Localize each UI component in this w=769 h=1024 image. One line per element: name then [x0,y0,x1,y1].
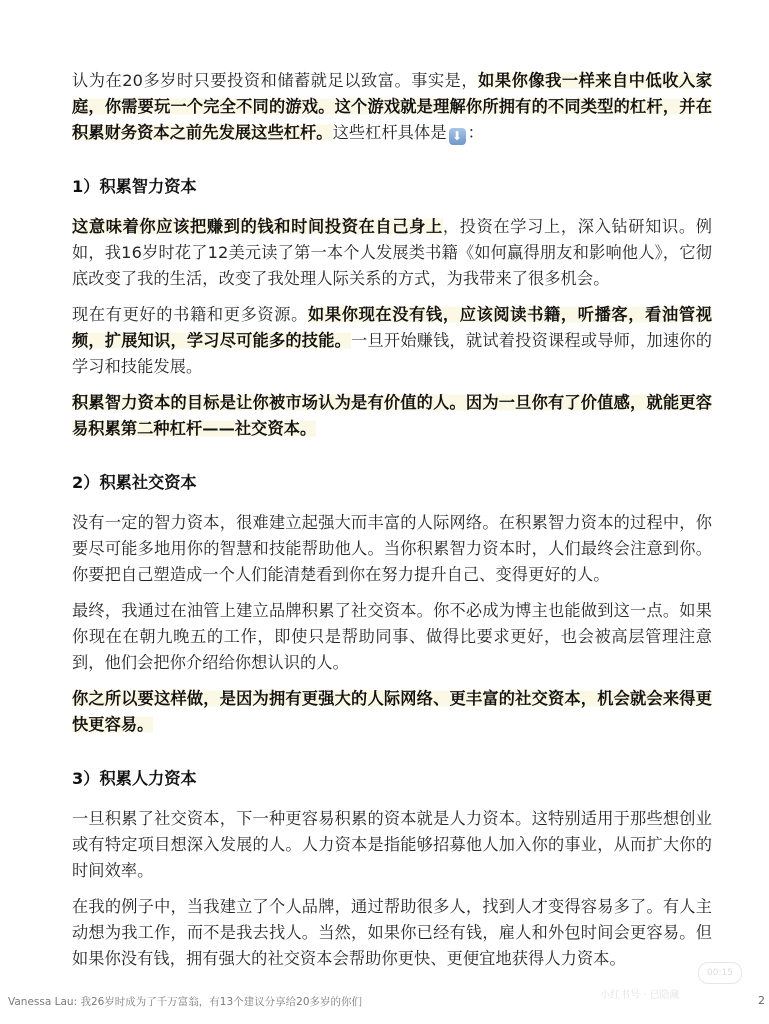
section-1-paragraph-3: 积累智力资本的目标是让你被市场认为是有价值的人。因为一旦你有了价值感，就能更容易… [72,390,712,442]
highlight-text: 你之所以要这样做，是因为拥有更强大的人际网络、更丰富的社交资本，机会就会来得更快… [72,689,712,734]
body-text: 一旦积累了社交资本，下一种更容易积累的资本就是人力资本。这特别适用于那些想创业或… [72,809,712,880]
body-text: 在我的例子中，当我建立了个人品牌，通过帮助很多人，找到人才变得容易多了。有人主动… [72,897,712,968]
section-3-paragraph-1: 一旦积累了社交资本，下一种更容易积累的资本就是人力资本。这特别适用于那些想创业或… [72,806,712,884]
page-number: 2 [758,994,765,1007]
section-1-paragraph-2: 现在有更好的书籍和更多资源。如果你现在没有钱，应该阅读书籍，听播客，看油管视频，… [72,302,712,380]
highlight-text: 积累智力资本的目标是让你被市场认为是有价值的人。因为一旦你有了价值感，就能更容易… [72,393,712,438]
section-title-social-capital: 2）积累社交资本 [72,470,712,496]
watermark-badge: 00:15 [698,962,742,984]
section-2-paragraph-3: 你之所以要这样做，是因为拥有更强大的人际网络、更丰富的社交资本，机会就会来得更快… [72,686,712,738]
highlight-text: 这意味着你应该把赚到的钱和时间投资在自己身上 [72,217,443,236]
body-text: 现在有更好的书籍和更多资源。 [72,305,308,324]
intro-text-colon: ： [468,123,484,142]
footer-caption: Vanessa Lau: 我26岁时成为了千万富翁，有13个建议分享给20多岁的… [8,994,362,1009]
section-title-human-capital: 3）积累人力资本 [72,766,712,792]
section-2-paragraph-1: 没有一定的智力资本，很难建立起强大而丰富的人际网络。在积累智力资本的过程中，你要… [72,510,712,588]
section-3-paragraph-2: 在我的例子中，当我建立了个人品牌，通过帮助很多人，找到人才变得容易多了。有人主动… [72,894,712,972]
section-title-intellectual-capital: 1）积累智力资本 [72,174,712,200]
body-text: 最终，我通过在油管上建立品牌积累了社交资本。你不必成为博主也能做到这一点。如果你… [72,601,712,672]
down-arrow-icon: ⬇ [449,128,466,145]
intro-paragraph: 认为在20多岁时只要投资和储蓄就足以致富。事实是，如果你像我一样来自中低收入家庭… [72,68,712,146]
document-page: 认为在20多岁时只要投资和储蓄就足以致富。事实是，如果你像我一样来自中低收入家庭… [72,68,712,982]
watermark-text: 小红书号 · 已隐藏 [600,986,680,1001]
intro-text-plain: 认为在20多岁时只要投资和储蓄就足以致富。事实是， [72,71,478,90]
body-text: 没有一定的智力资本，很难建立起强大而丰富的人际网络。在积累智力资本的过程中，你要… [72,513,712,584]
section-2-paragraph-2: 最终，我通过在油管上建立品牌积累了社交资本。你不必成为博主也能做到这一点。如果你… [72,598,712,676]
watermark: 00:15 小红书号 · 已隐藏 [600,962,750,1002]
intro-text-plain-2: 这些杠杆具体是 [333,123,447,142]
section-1-paragraph-1: 这意味着你应该把赚到的钱和时间投资在自己身上，投资在学习上，深入钻研知识。例如，… [72,214,712,292]
